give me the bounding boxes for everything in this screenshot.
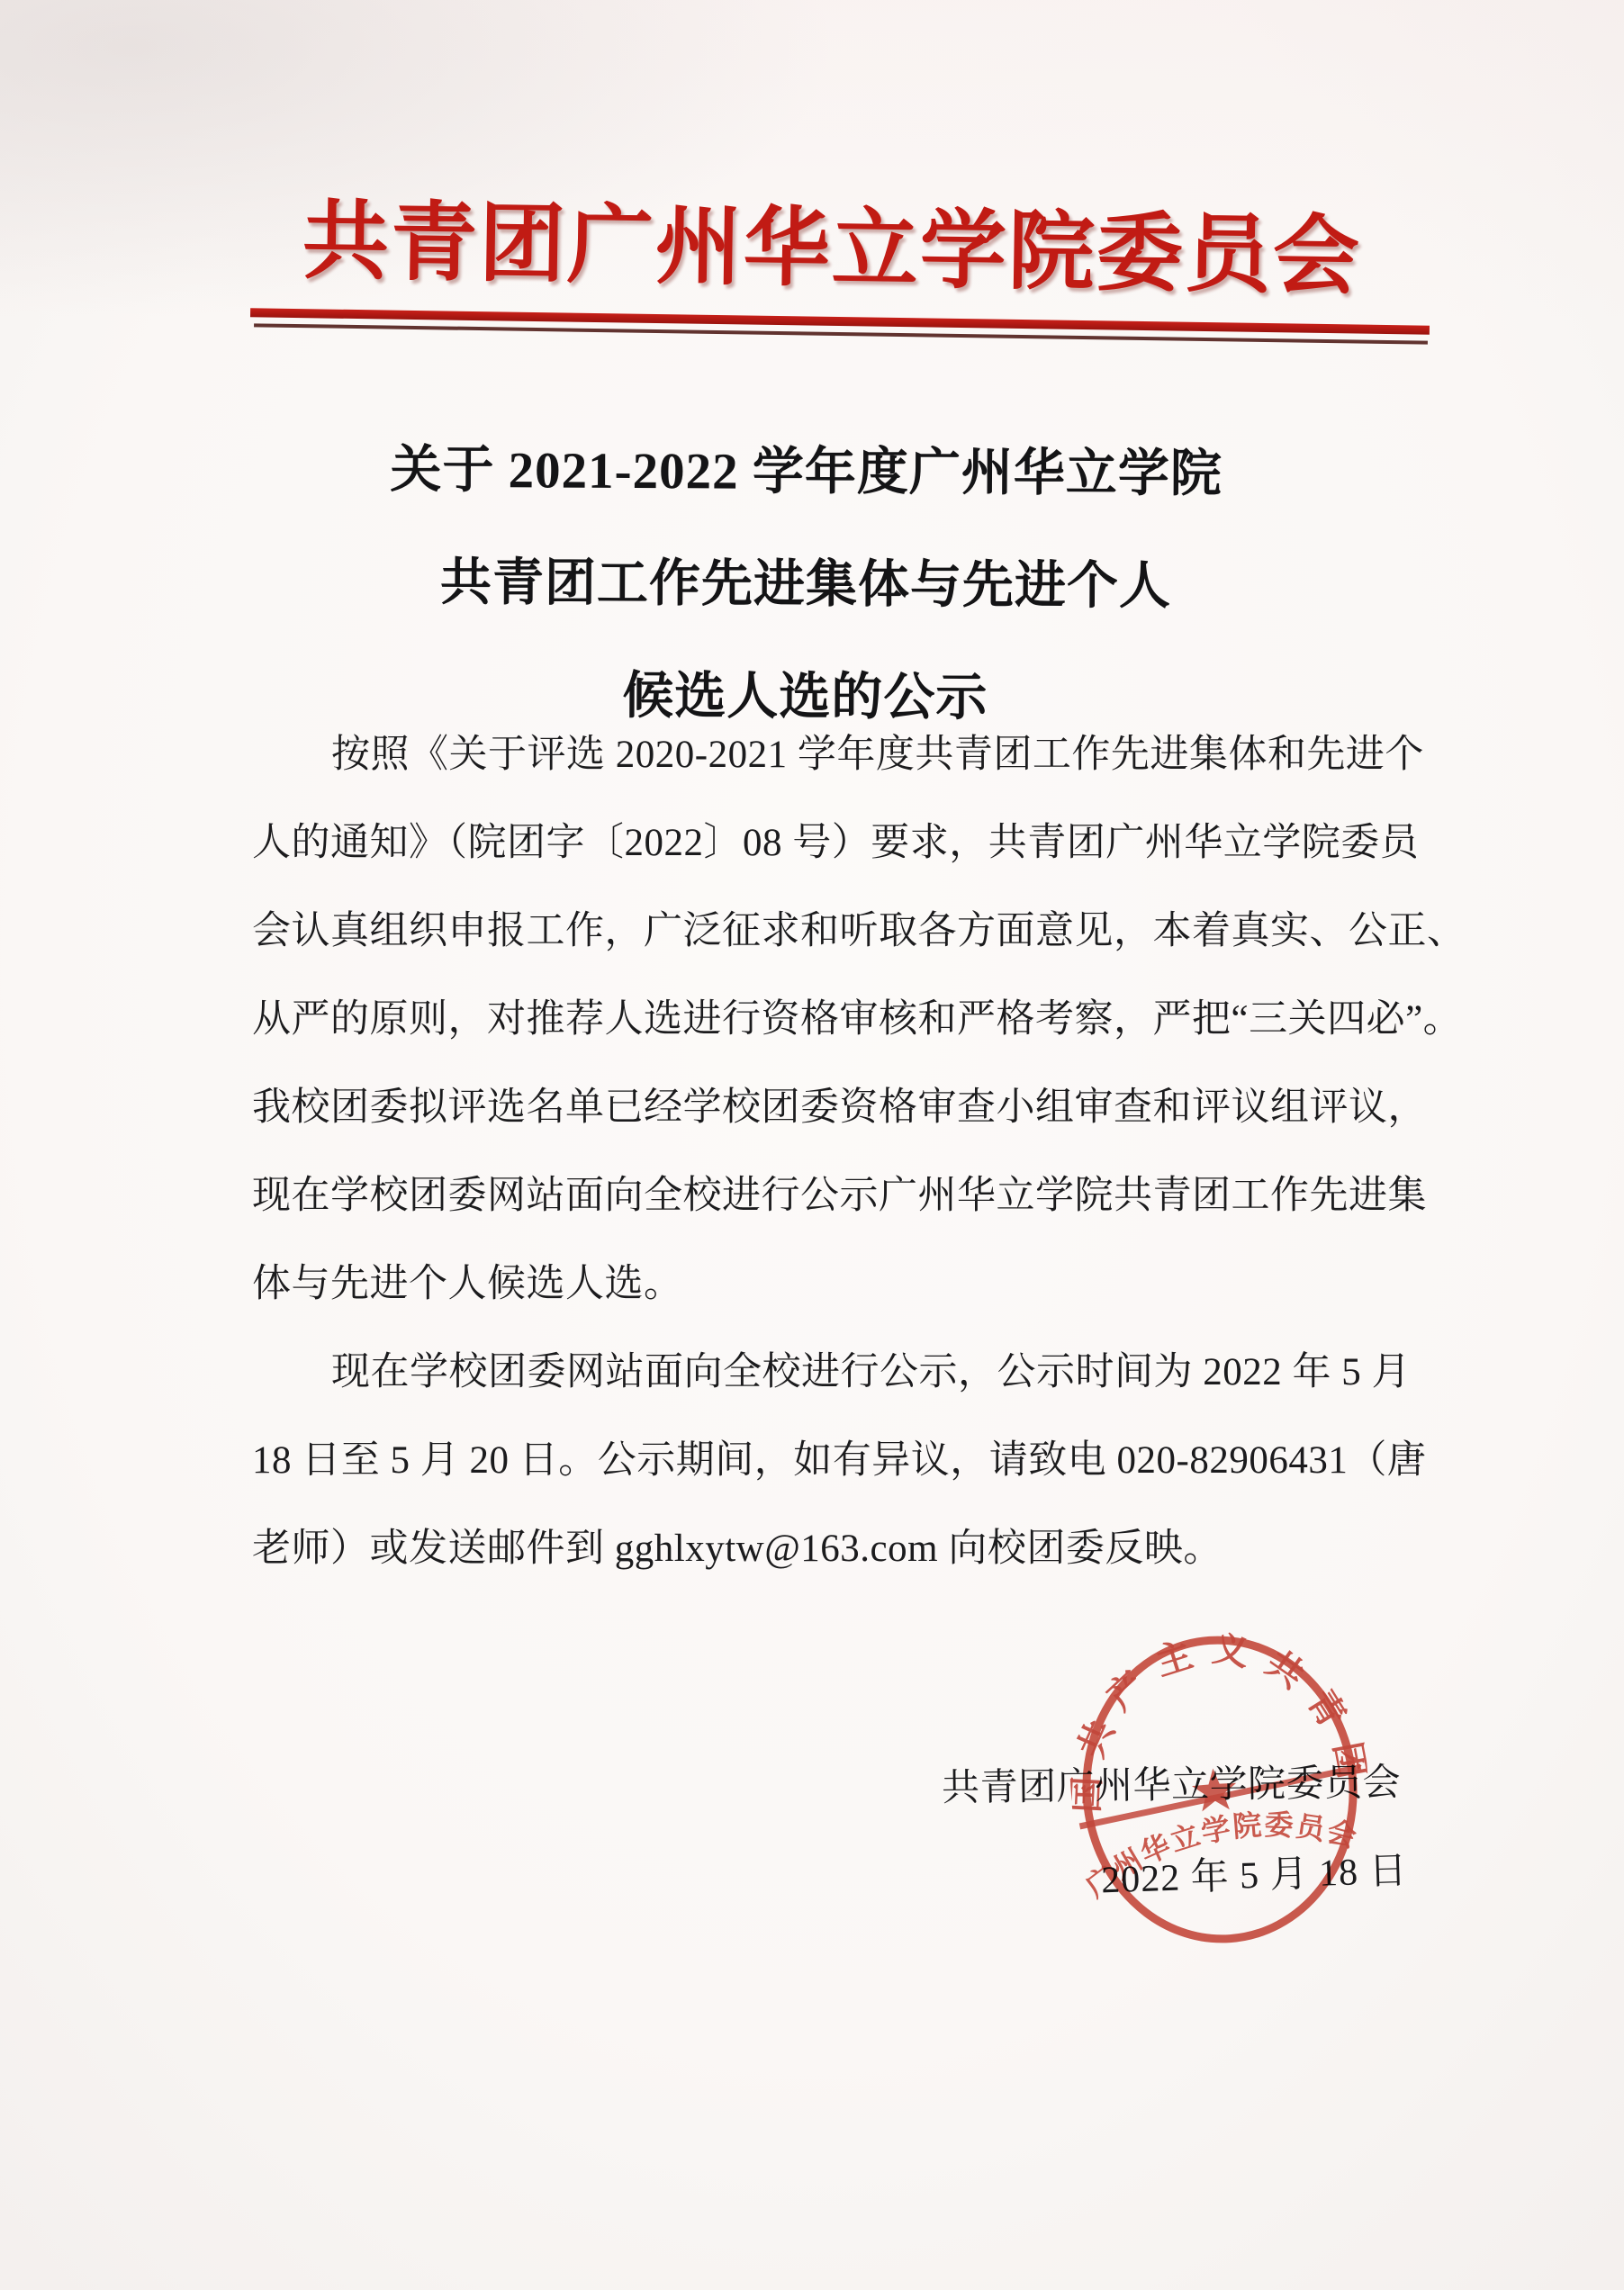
body-line: 人的通知》（院团字〔2022〕08 号）要求，共青团广州华立学院委员 (252, 799, 1485, 888)
document-title-line-1: 关于 2021-2022 学年度广州华立学院 (0, 411, 1612, 532)
document-title: 关于 2021-2022 学年度广州华立学院 共青团工作先进集体与先进个人 候选… (0, 411, 1612, 757)
document-body: 按照《关于评选 2020-2021 学年度共青团工作先进集体和先进个 人的通知》… (252, 711, 1485, 1593)
scanned-document-page: 共青团广州华立学院委员会 关于 2021-2022 学年度广州华立学院 共青团工… (0, 0, 1624, 2290)
seal-star-icon (1191, 1767, 1239, 1812)
letterhead-org-name: 共青团广州华立学院委员会 (39, 168, 1624, 315)
official-seal: 国共产主义共青团 广州华立学院委员会 (1060, 1619, 1379, 1960)
body-line: 18 日至 5 月 20 日。公示期间，如有异议，请致电 020-8290643… (252, 1417, 1485, 1505)
body-line: 现在学校团委网站面向全校进行公示广州华立学院共青团工作先进集 (252, 1152, 1485, 1240)
body-line: 我校团委拟评选名单已经学校团委资格审查小组审查和评议组评议， (252, 1064, 1485, 1152)
body-line: 体与先进个人候选人选。 (252, 1240, 1485, 1329)
body-line: 按照《关于评选 2020-2021 学年度共青团工作先进集体和先进个 (252, 711, 1485, 799)
body-line: 现在学校团委网站面向全校进行公示，公示时间为 2022 年 5 月 (252, 1329, 1485, 1417)
body-line: 老师）或发送邮件到 gghlxytw@163.com 向校团委反映。 (252, 1505, 1485, 1593)
document-title-line-2: 共青团工作先进集体与先进个人 (0, 524, 1611, 645)
letterhead: 共青团广州华立学院委员会 (39, 168, 1624, 315)
body-line: 从严的原则，对推荐人选进行资格审核和严格考察，严把“三关四必”。 (252, 976, 1485, 1064)
letterhead-rule-thick (250, 308, 1430, 334)
body-line: 会认真组织申报工作，广泛征求和听取各方面意见，本着真实、公正、 (252, 888, 1485, 976)
